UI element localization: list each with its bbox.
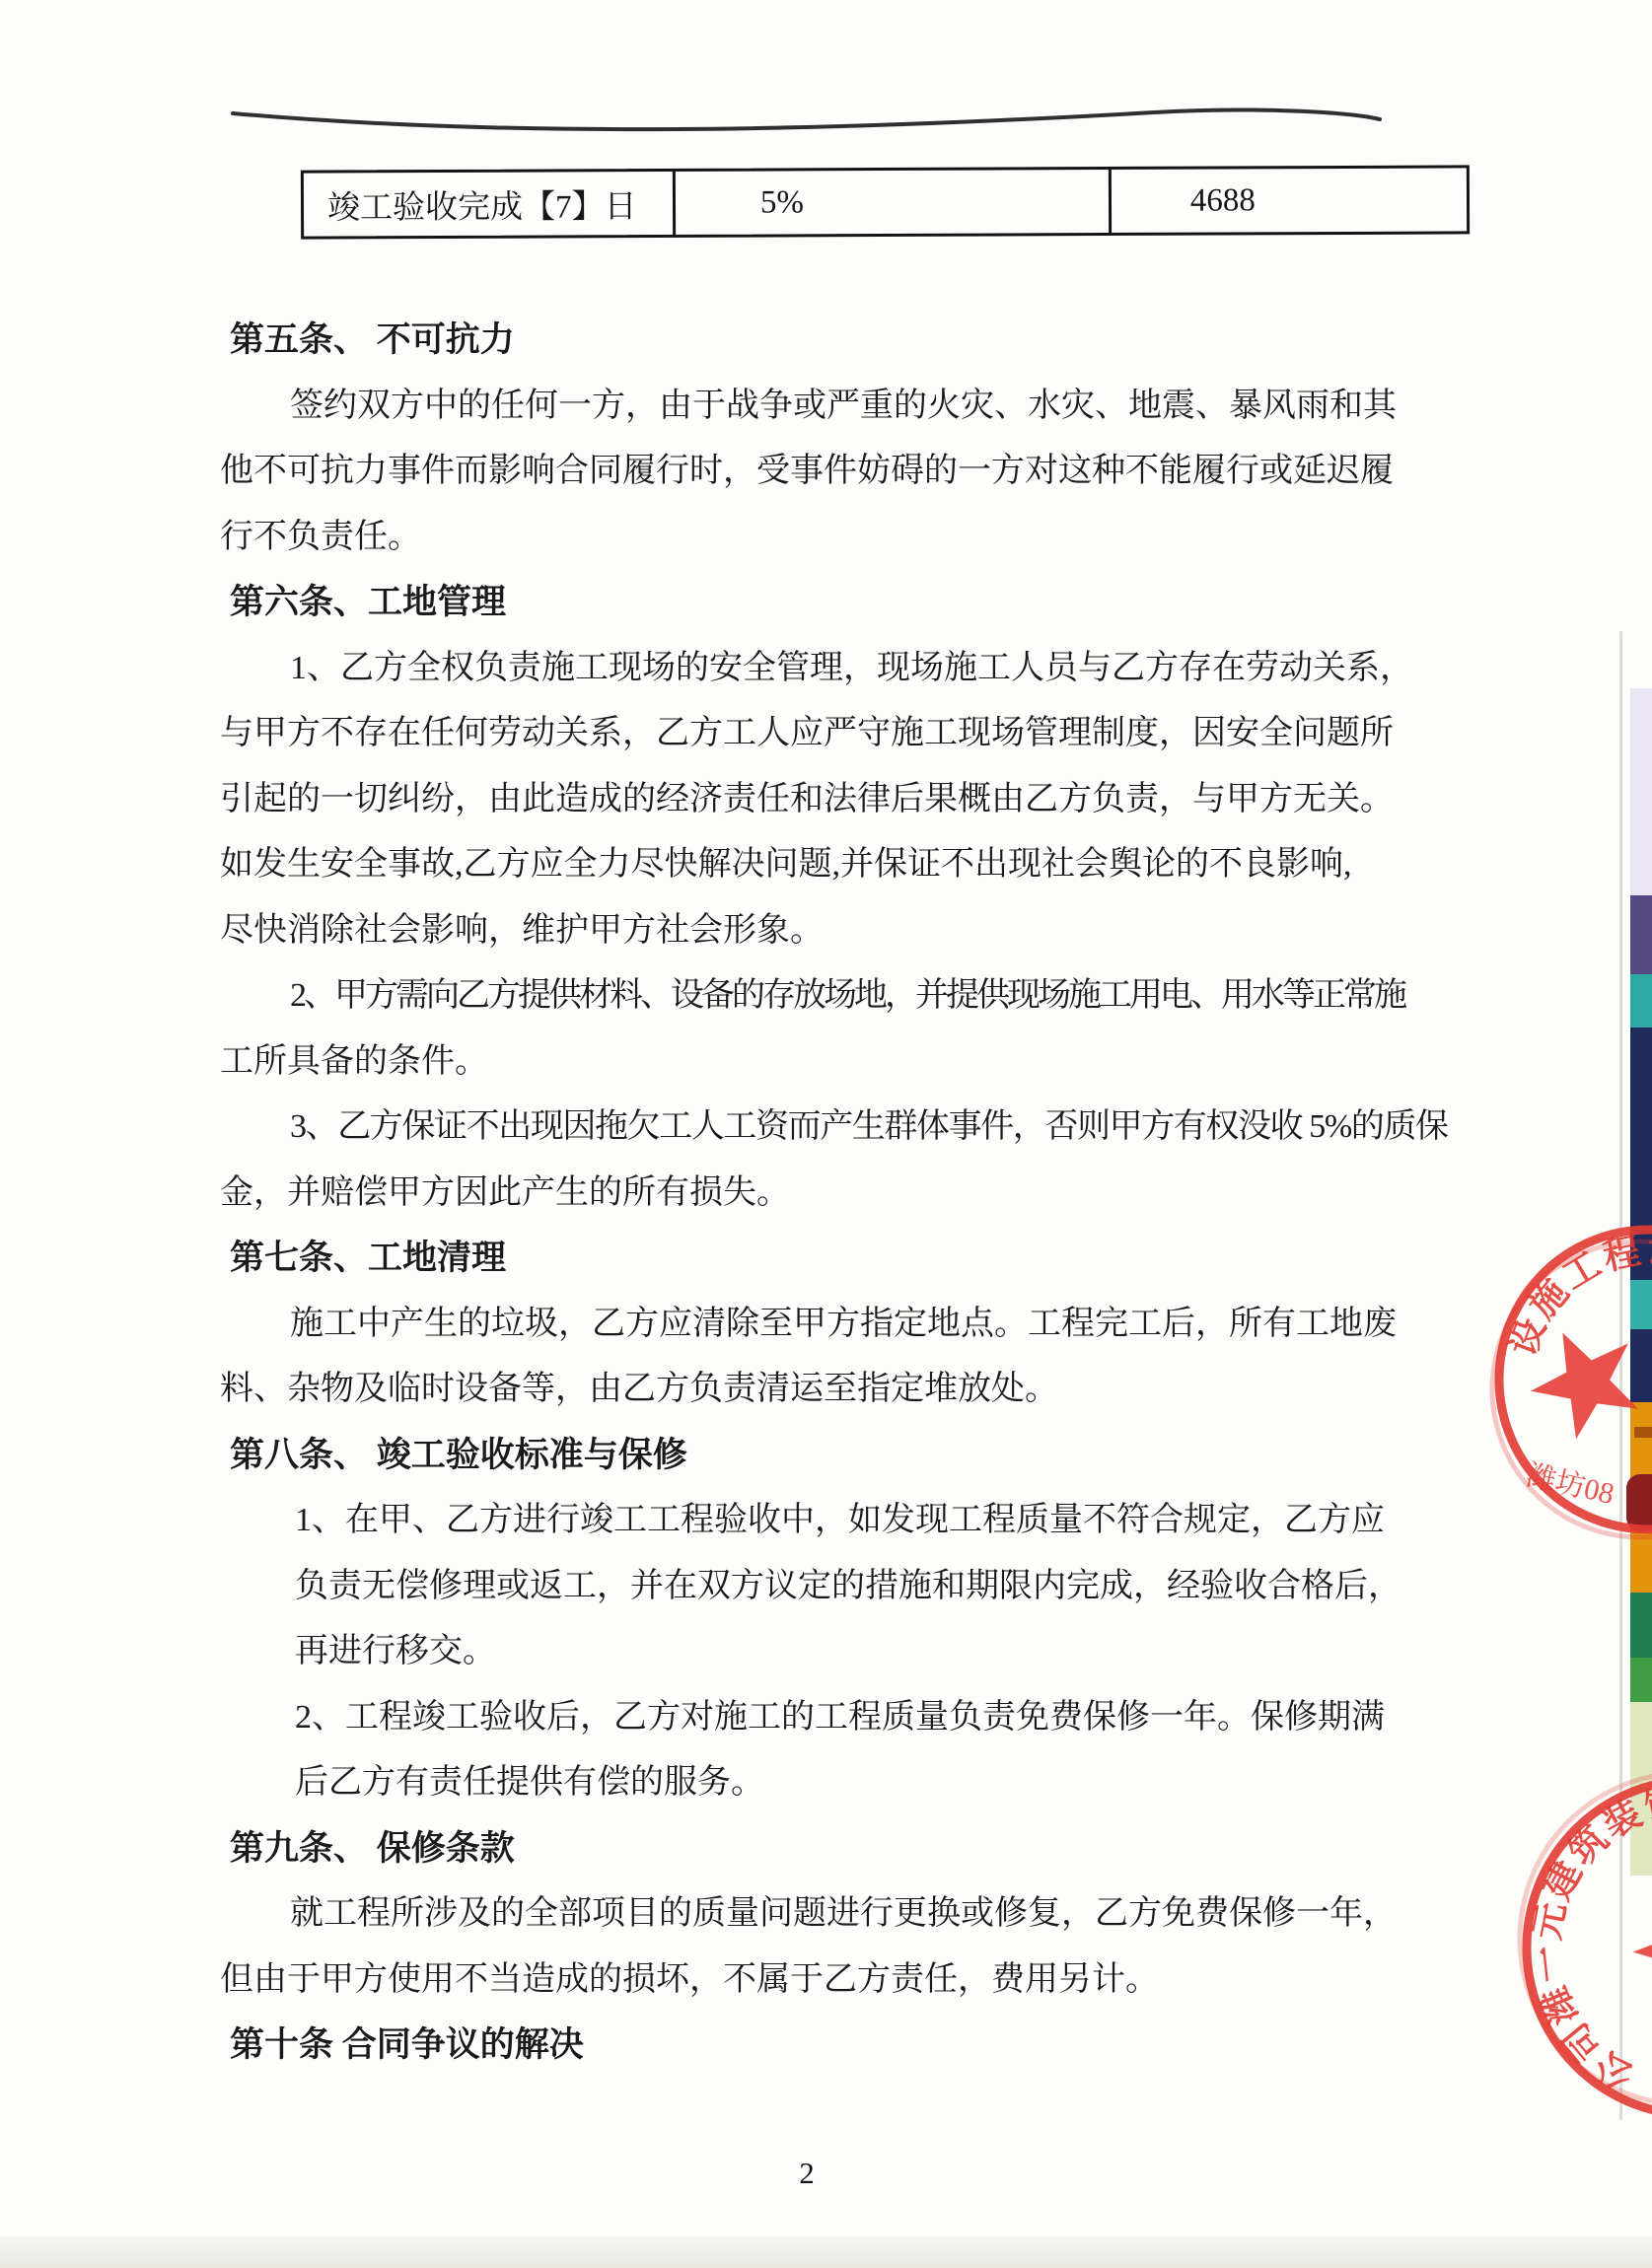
milestone-text: 竣工验收完成【7】日 [327, 180, 637, 228]
text-line: 再进行移交。 [0, 1619, 1652, 1685]
edge-strip-segment [1630, 688, 1652, 895]
percent-text: 5% [760, 184, 804, 221]
text-line: 负责无偿修理或返工，并在双方议定的措施和期限内完成，经验收合格后， [0, 1554, 1652, 1620]
text-line: 如发生安全事故,乙方应全力尽快解决问题,并保证不出现社会舆论的不良影响, [0, 832, 1652, 898]
text-line: 行不负责任。 [0, 505, 1652, 571]
edge-strip-segment [1630, 895, 1652, 974]
section-heading: 第九条、 保修条款 [0, 1816, 1652, 1882]
text-line: 料、杂物及临时设备等，由乙方负责清运至指定堆放处。 [0, 1357, 1652, 1423]
edge-strip-segment [1630, 1658, 1652, 1702]
document-page: 竣工验收完成【7】日 5% 4688 第五条、 不可抗力签约双方中的任何一方，由… [0, 0, 1652, 2268]
text-line: 他不可抗力事件而影响合同履行时，受事件妨碍的一方对这种不能履行或延迟履 [0, 439, 1652, 505]
page-number: 2 [799, 2156, 815, 2191]
table-cell-amount: 4688 [1109, 168, 1467, 233]
text-line: 尽快消除社会影响，维护甲方社会形象。 [0, 898, 1652, 964]
section-heading: 第七条、工地清理 [0, 1226, 1652, 1292]
edge-strip-segment [1630, 1593, 1652, 1658]
text-line: 签约双方中的任何一方，由于战争或严重的火灾、水灾、地震、暴风雨和其 [0, 374, 1652, 440]
table-cell-percent: 5% [673, 170, 1109, 235]
text-line: 后乙方有责任提供有偿的服务。 [0, 1750, 1652, 1816]
amount-text: 4688 [1190, 182, 1256, 219]
text-line: 工所具备的条件。 [0, 1029, 1652, 1096]
edge-strip-segment [1630, 974, 1652, 1028]
text-line: 1、在甲、乙方进行竣工工程验收中，如发现工程质量不符合规定，乙方应 [0, 1488, 1652, 1554]
section-heading: 第十条 合同争议的解决 [0, 2013, 1652, 2079]
text-line: 金，并赔偿甲方因此产生的所有损失。 [0, 1161, 1652, 1227]
seal-arc-text: 公司潍一元建筑装饰 [1527, 1779, 1652, 2096]
text-line: 1、乙方全权负责施工现场的安全管理，现场施工人员与乙方存在劳动关系， [0, 636, 1652, 702]
text-line: 施工中产生的垃圾，乙方应清除至甲方指定地点。工程完工后，所有工地废 [0, 1292, 1652, 1358]
content-lines: 第五条、 不可抗力签约双方中的任何一方，由于战争或严重的火灾、水灾、地震、暴风雨… [0, 308, 1652, 2079]
text-line: 3、乙方保证不出现因拖欠工人工资而产生群体事件，否则甲方有权没收 5%的质保 [0, 1095, 1652, 1161]
star-icon [1618, 1872, 1652, 2017]
payment-table: 竣工验收完成【7】日 5% 4688 [301, 165, 1470, 239]
svg-text:公司潍一元建筑装饰: 公司潍一元建筑装饰 [1527, 1779, 1652, 2096]
section-heading: 第六条、工地管理 [0, 570, 1652, 636]
text-line: 2、工程竣工验收后，乙方对施工的工程质量负责免费保修一年。保修期满 [0, 1685, 1652, 1751]
text-line: 与甲方不存在任何劳动关系，乙方工人应严守施工现场管理制度，因安全问题所 [0, 701, 1652, 767]
scanner-bottom-band [0, 2236, 1652, 2268]
section-heading: 第八条、 竣工验收标准与保修 [0, 1423, 1652, 1489]
text-line: 就工程所涉及的全部项目的质量问题进行更换或修复，乙方免费保修一年， [0, 1881, 1652, 1948]
red-seal-upper: 设施工程设计 潍坊08 [1450, 1198, 1652, 1583]
text-line: 但由于甲方使用不当造成的损坏，不属于乙方责任，费用另计。 [0, 1948, 1652, 2014]
red-seal-lower: 公司潍一元建筑装饰 [1479, 1755, 1652, 2140]
table-cell-milestone: 竣工验收完成【7】日 [304, 172, 673, 237]
text-line: 2、甲方需向乙方提供材料、设备的存放场地，并提供现场施工用电、用水等正常施 [0, 963, 1652, 1029]
section-heading: 第五条、 不可抗力 [0, 308, 1652, 374]
text-line: 引起的一切纠纷，由此造成的经济责任和法律后果概由乙方负责，与甲方无关。 [0, 767, 1652, 833]
